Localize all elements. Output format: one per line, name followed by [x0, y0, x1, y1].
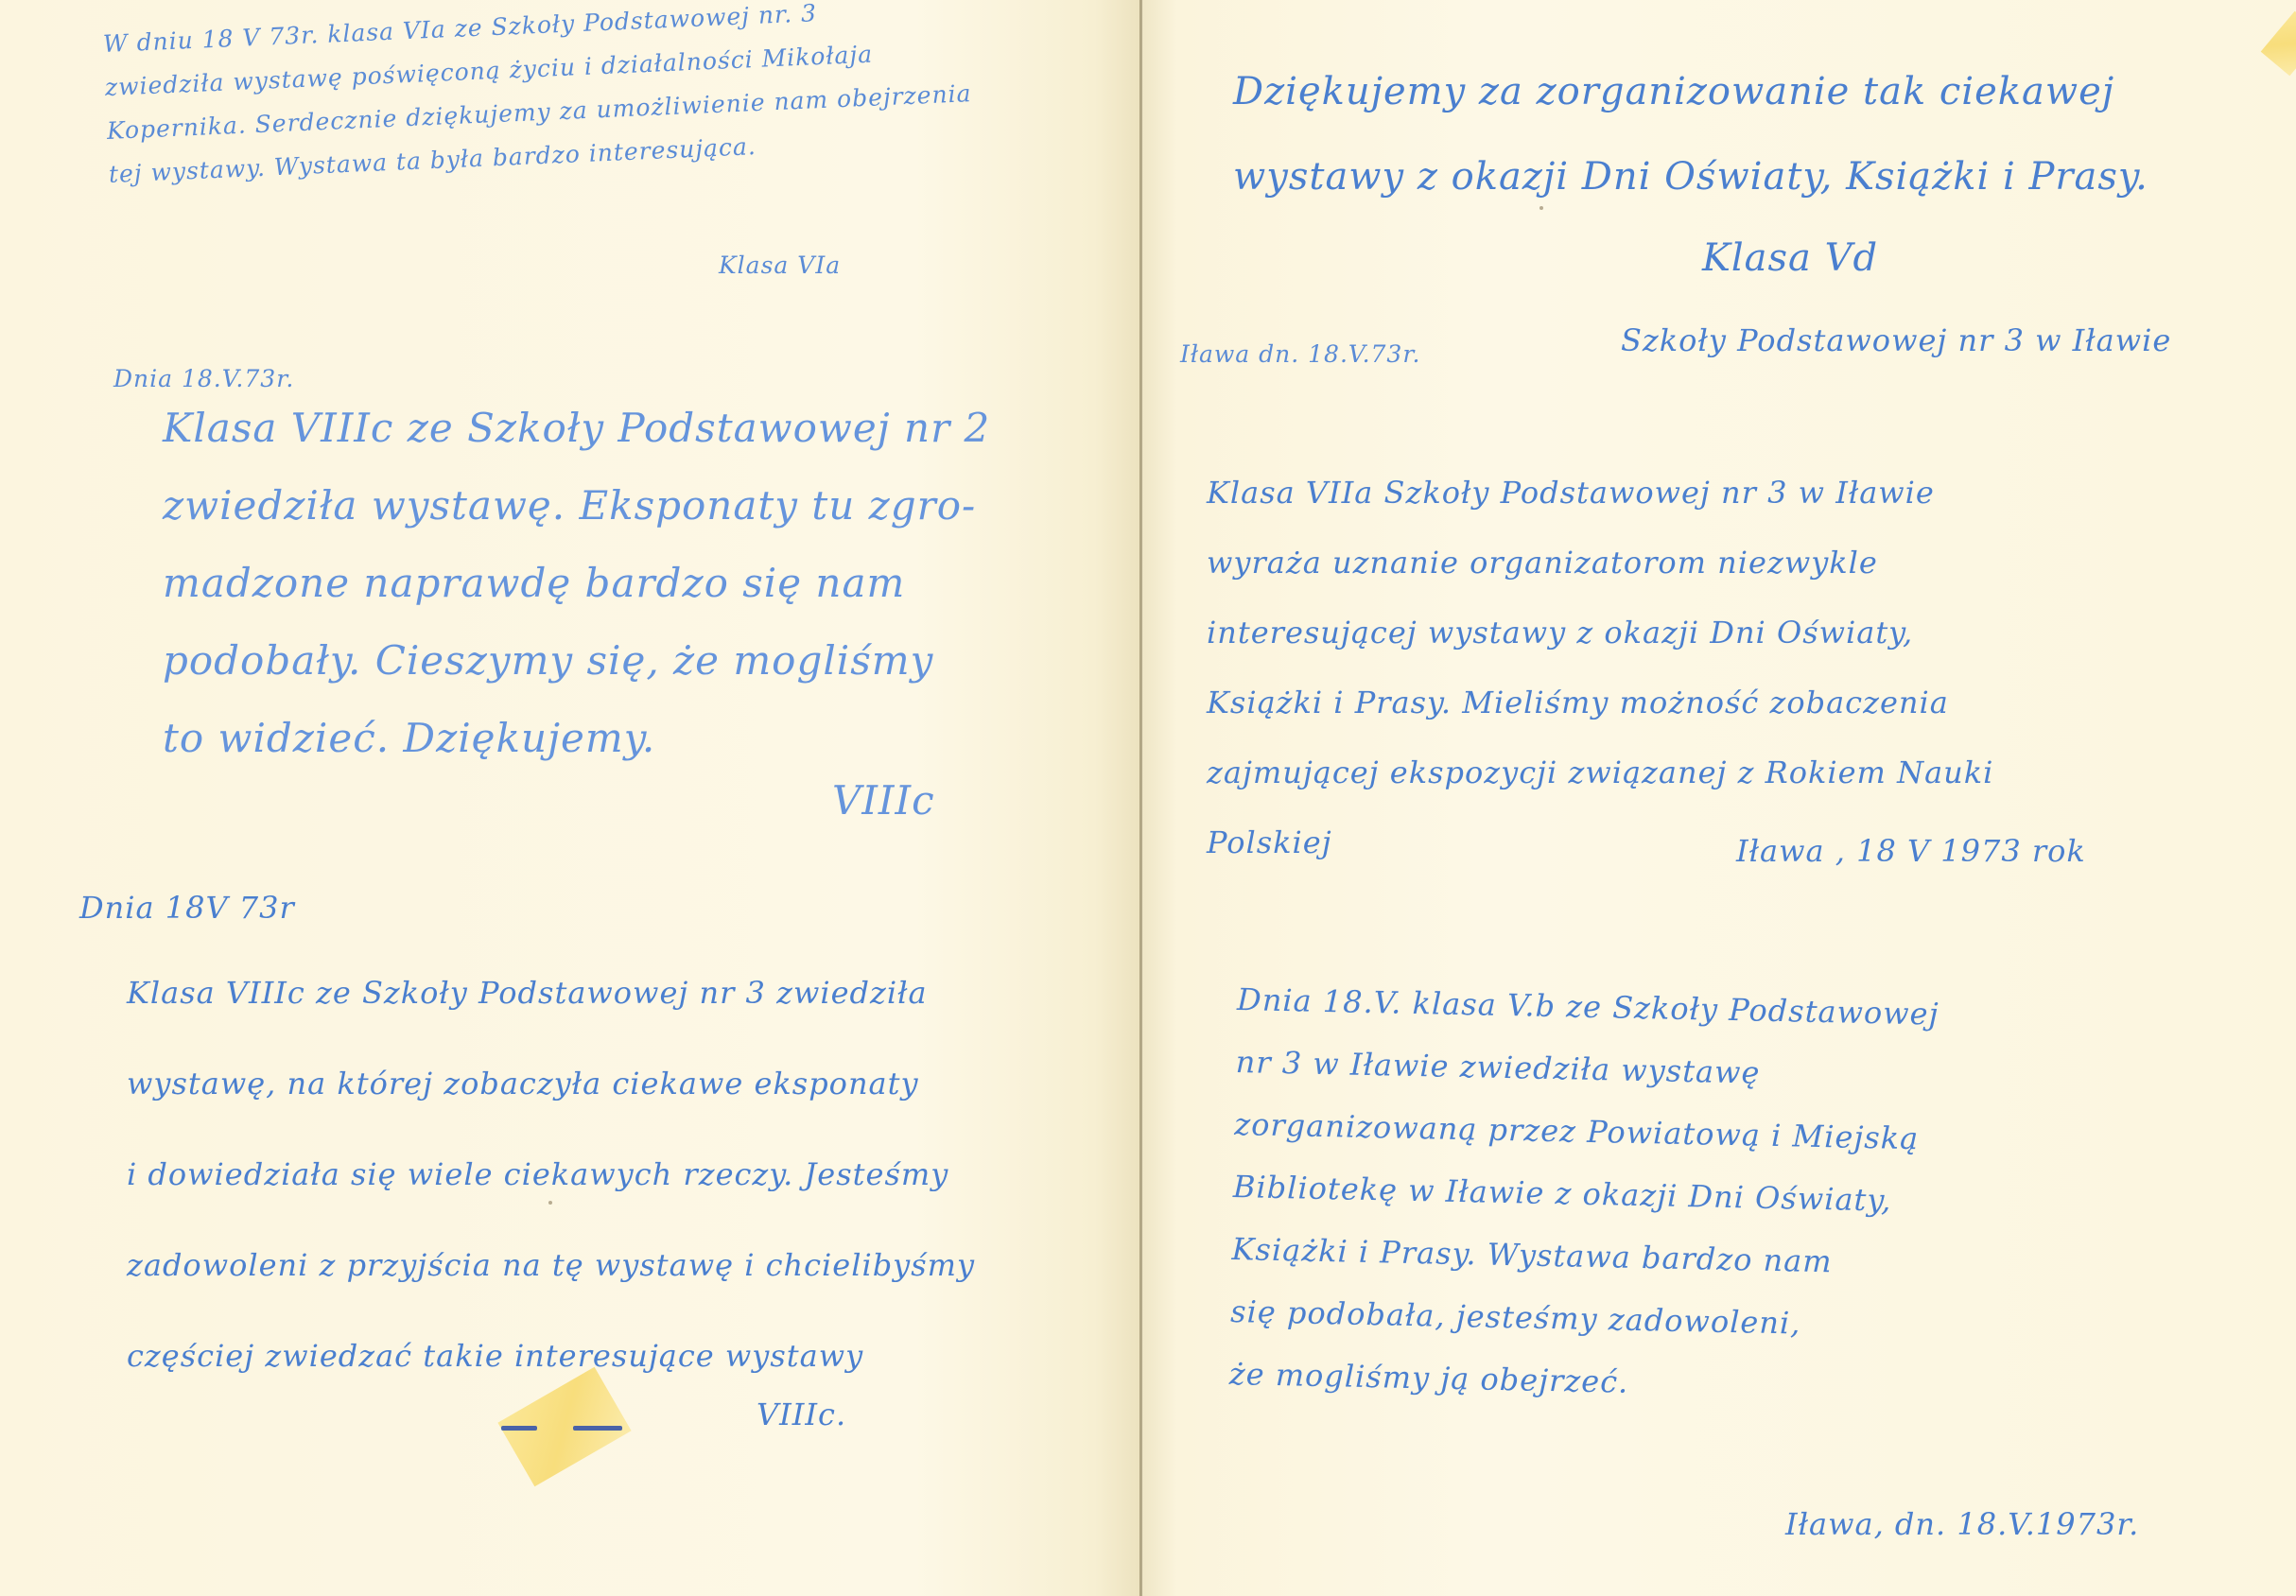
entry-5-place-date: Iława , 18 V 1973 rok	[1736, 823, 2086, 879]
entry-5-line-5: zajmującej ekspozycji związanej z Rokiem…	[1207, 737, 1993, 807]
right-page: Dziękujemy za zorganizowanie tak ciekawe…	[1142, 0, 2296, 1596]
entry-3-line-5: częściej zwiedzać takie interesujące wys…	[127, 1310, 975, 1401]
entry-4-signature-school: Szkoły Podstawowej nr 3 w Iławie	[1621, 312, 2171, 369]
entry-3-line-1: Klasa VIIIc ze Szkoły Podstawowej nr 3 z…	[127, 947, 975, 1038]
entry-6-body: Dnia 18.V. klasa V.b ze Szkoły Podstawow…	[1228, 968, 1939, 1419]
entry-4-place-date: Iława dn. 18.V.73r.	[1180, 333, 1421, 376]
entry-3-line-3: i dowiedziała się wiele ciekawych rzeczy…	[127, 1129, 975, 1220]
entry-3-date: Dnia 18V 73r	[79, 879, 295, 936]
entry-3-body: Klasa VIIIc ze Szkoły Podstawowej nr 3 z…	[127, 947, 975, 1401]
entry-4-body: Dziękujemy za zorganizowanie tak ciekawe…	[1233, 49, 2148, 219]
entry-6-place-date: Iława, dn. 18.V.1973r.	[1785, 1496, 2139, 1553]
paper-speck	[548, 1201, 552, 1205]
entry-4-line-2: wystawy z okazji Dni Oświaty, Książki i …	[1233, 134, 2148, 219]
guestbook-spread: W dniu 18 V 73r. klasa VIa ze Szkoły Pod…	[0, 0, 2296, 1596]
entry-5-line-2: wyraża uznanie organizatorom niezwykle	[1207, 528, 1993, 598]
entry-2-body: Klasa VIIIc ze Szkoły Podstawowej nr 2 z…	[163, 390, 990, 777]
entry-2-line-1: Klasa VIIIc ze Szkoły Podstawowej nr 2	[163, 390, 990, 467]
entry-3-signature: VIIIc.	[757, 1386, 846, 1443]
yellow-tape-corner	[2261, 11, 2296, 77]
entry-3-line-4: zadowoleni z przyjścia na tę wystawę i c…	[127, 1220, 975, 1310]
entry-3-line-2: wystawę, na której zobaczyła ciekawe eks…	[127, 1038, 975, 1129]
entry-6-line-7: że mogliśmy ją obejrzeć.	[1228, 1343, 1932, 1420]
entry-1-body: W dniu 18 V 73r. klasa VIa ze Szkoły Pod…	[102, 0, 974, 197]
tape-mark-left	[501, 1426, 537, 1431]
entry-2-signature: VIIIc	[832, 762, 935, 840]
entry-1-signature: Klasa VIa	[719, 244, 841, 287]
entry-5-line-1: Klasa VIIa Szkoły Podstawowej nr 3 w Iła…	[1207, 458, 1993, 528]
entry-4-line-1: Dziękujemy za zorganizowanie tak ciekawe…	[1233, 49, 2148, 134]
entry-2-line-3: madzone naprawdę bardzo się nam	[163, 545, 990, 622]
left-page: W dniu 18 V 73r. klasa VIa ze Szkoły Pod…	[0, 0, 1140, 1596]
entry-5-body: Klasa VIIa Szkoły Podstawowej nr 3 w Iła…	[1207, 458, 1993, 877]
entry-5-line-3: interesującej wystawy z okazji Dni Oświa…	[1207, 598, 1993, 668]
entry-4-signature-class: Klasa Vd	[1702, 219, 1878, 297]
entry-5-line-4: Książki i Prasy. Mieliśmy możność zobacz…	[1207, 668, 1993, 737]
paper-speck	[1539, 206, 1543, 210]
entry-2-line-2: zwiedziła wystawę. Eksponaty tu zgro-	[163, 467, 990, 545]
entry-2-line-4: podobały. Cieszymy się, że mogliśmy	[163, 622, 990, 700]
tape-mark-right	[573, 1426, 622, 1431]
